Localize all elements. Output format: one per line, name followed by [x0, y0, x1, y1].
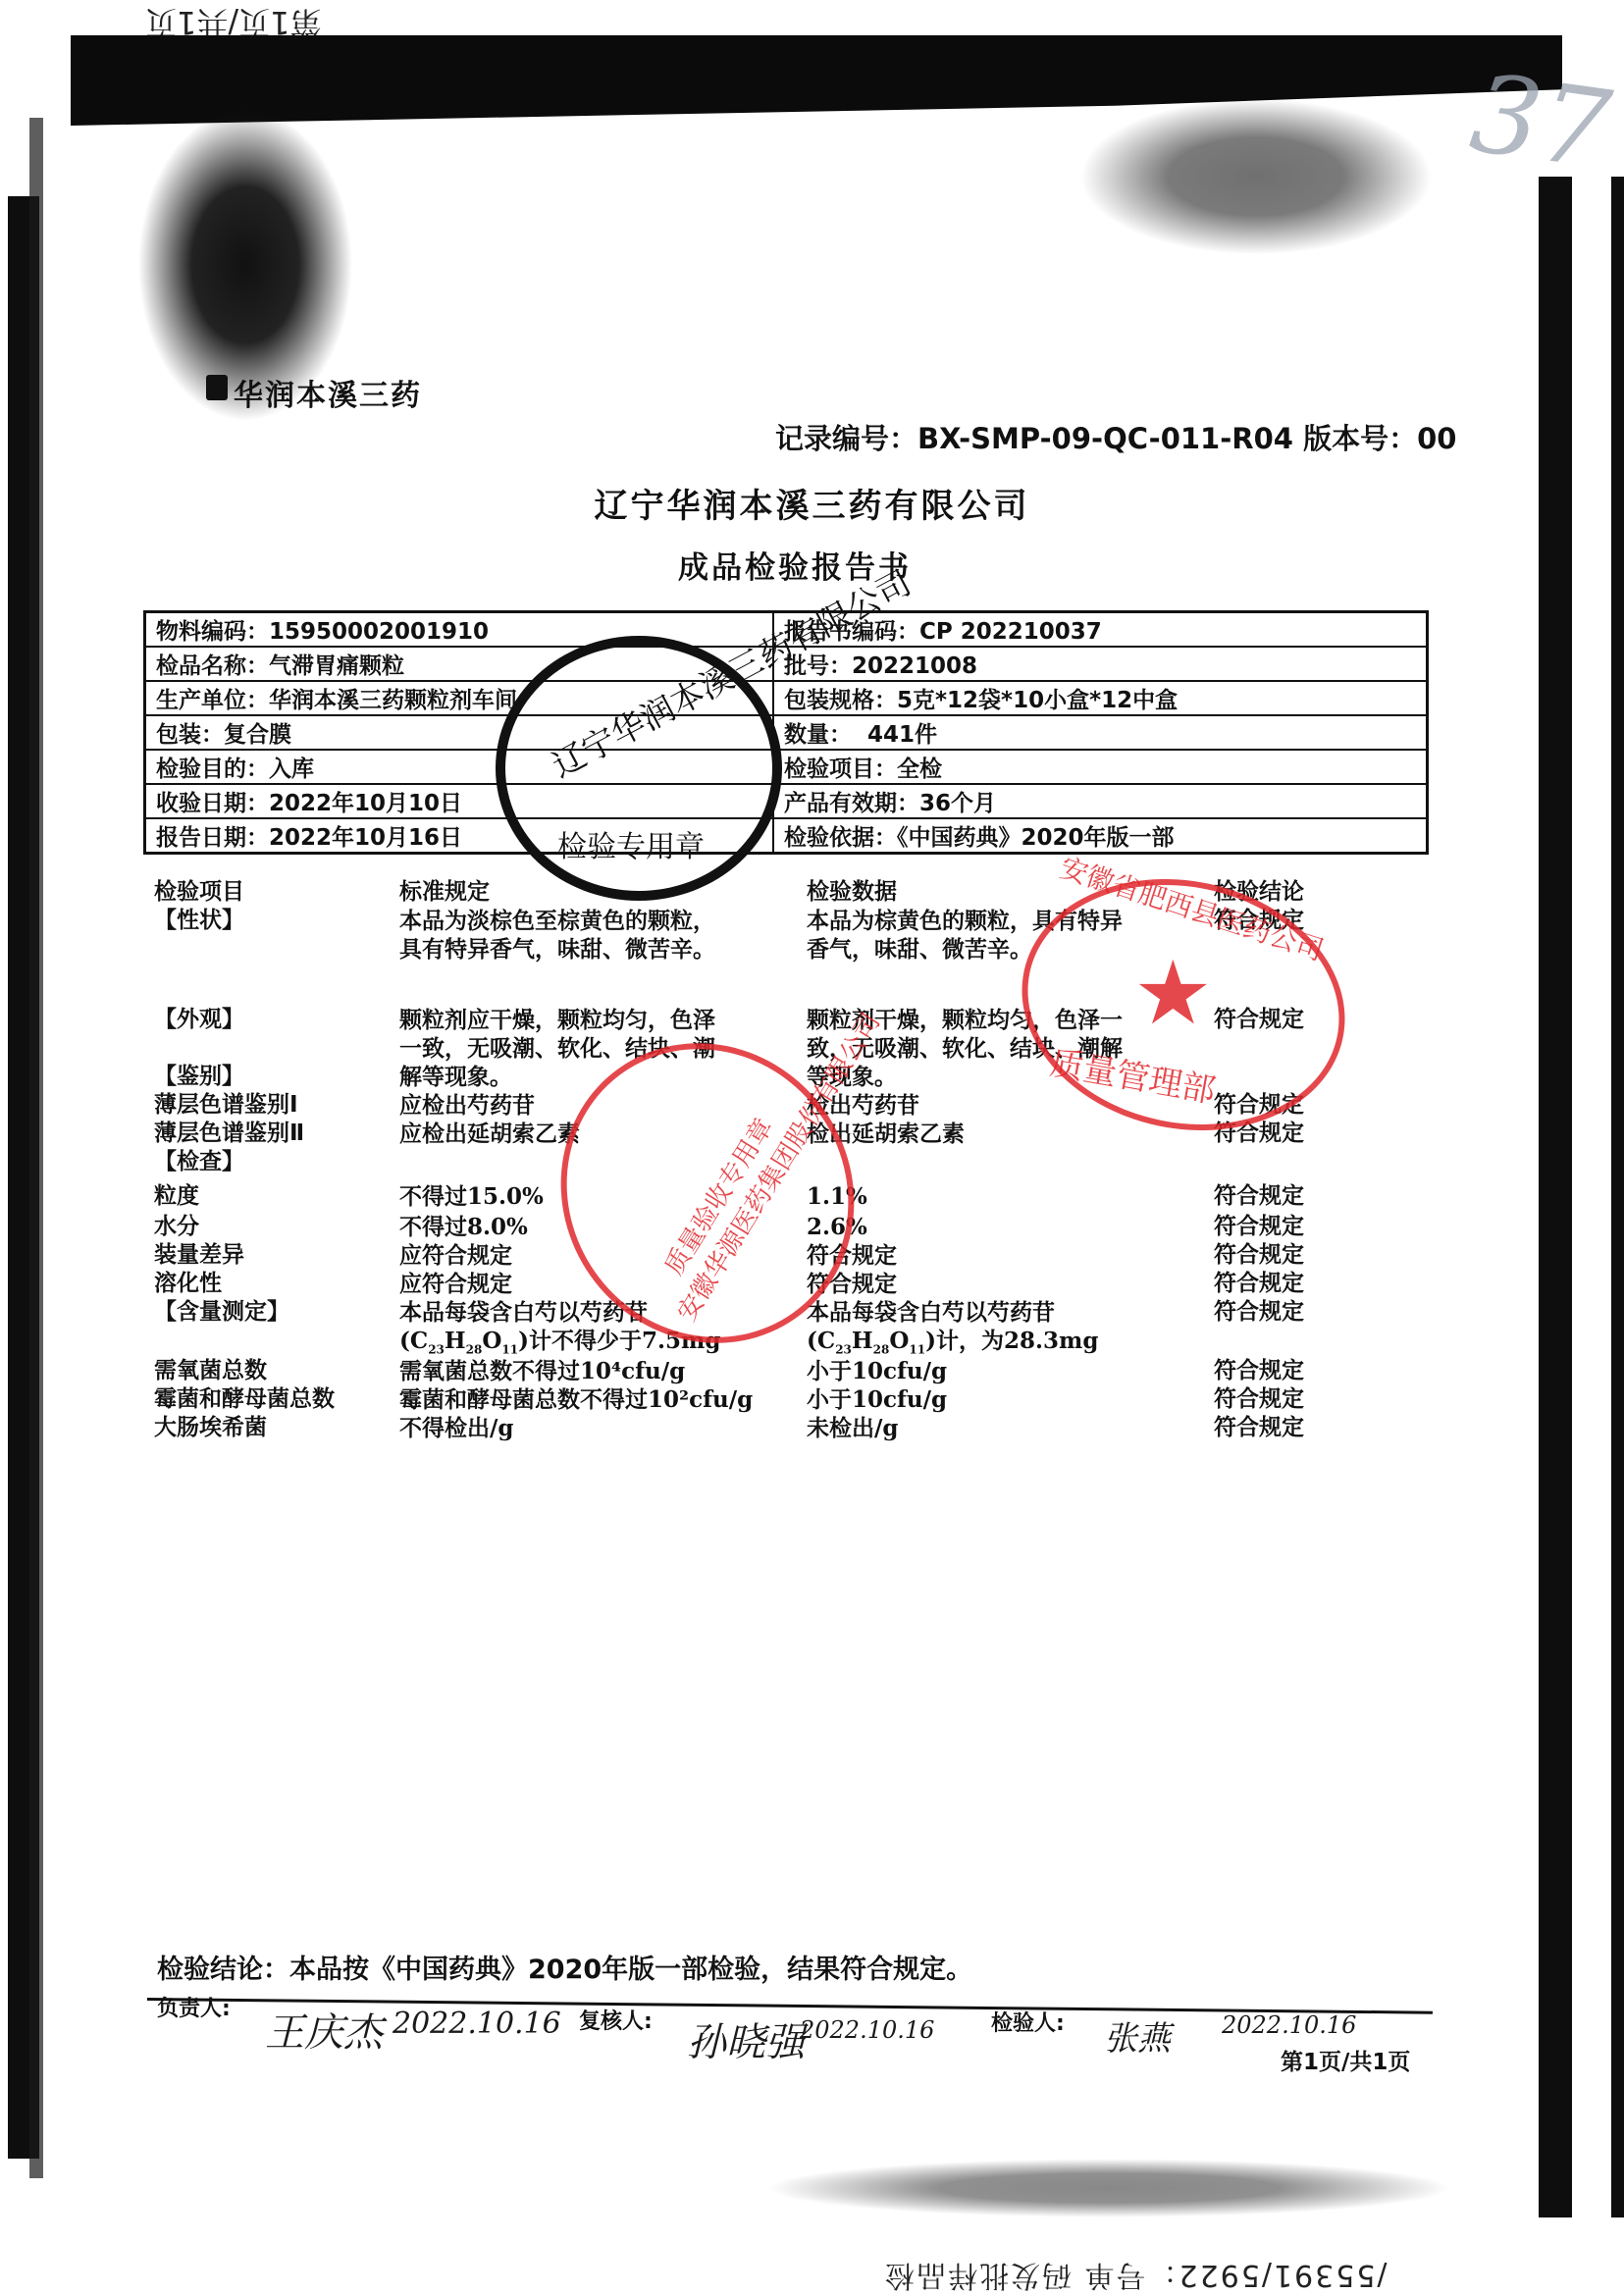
test-item: 需氧菌总数: [154, 1357, 390, 1385]
test-item: 装量差异: [154, 1241, 390, 1270]
info-label: 检品名称: [156, 653, 246, 679]
company-name: 辽宁华润本溪三药有限公司: [0, 479, 1624, 527]
version-value: 00: [1417, 422, 1456, 455]
info-value: CP 202210037: [919, 619, 1102, 645]
reviewer-signature: 孙晓强: [687, 2011, 805, 2067]
test-data: 小于10cfu/g: [807, 1385, 1209, 1414]
standard: 本品为淡棕色至棕黄色的颗粒，具有特异香气，味甜、微苦辛。: [399, 907, 802, 964]
responsible-label: 负责人:: [157, 1992, 231, 2022]
test-result: 符合规定: [1214, 1182, 1381, 1211]
test-result: 符合规定: [1214, 1298, 1381, 1327]
test-item: 薄层色谱鉴别Ⅱ: [154, 1120, 390, 1148]
test-item: 水分: [154, 1213, 390, 1241]
inspector-label: 检验人:: [991, 2007, 1065, 2037]
test-item: 粒度: [154, 1182, 390, 1211]
info-label: 产品有效期: [784, 791, 897, 816]
info-value: 全检: [897, 756, 942, 782]
test-data: 检出延胡索乙素: [807, 1120, 1209, 1148]
info-label: 物料编码: [156, 619, 246, 645]
document-title: 成品检验报告书: [0, 543, 1590, 587]
star-icon: ★: [1133, 942, 1213, 1045]
scan-shadow-left-inner: [29, 118, 43, 2178]
inspector-date: 2022.10.16: [1222, 2011, 1356, 2039]
info-label: 检验项目: [784, 756, 874, 782]
standard: 需氧菌总数不得过10⁴cfu/g: [399, 1357, 802, 1385]
record-number-label: 记录编号：: [775, 422, 917, 455]
info-label: 检验依据: [784, 825, 874, 851]
info-cell-right: 数量： 441件: [773, 715, 1428, 750]
page-number: 第1页/共1页: [1281, 2044, 1410, 2076]
info-value: 5克*12袋*10小盒*12中盒: [897, 688, 1178, 713]
toner-smudge: [1079, 98, 1433, 255]
info-label: 报告日期: [156, 825, 246, 851]
info-value: 2022年10月10日: [269, 791, 462, 816]
test-item: 霉菌和酵母菌总数: [154, 1385, 390, 1414]
test-item: 【外观】: [154, 1006, 390, 1034]
info-value: 华润本溪三药颗粒剂车间: [269, 688, 517, 713]
info-label: 包装规格: [784, 688, 874, 713]
info-cell-right: 检验项目：全检: [773, 750, 1428, 784]
info-value: 气滞胃痛颗粒: [269, 653, 404, 679]
pencil-page-number: 37: [1464, 50, 1617, 193]
version-label: 版本号：: [1303, 422, 1417, 455]
info-row: 检验目的：入库检验项目：全检: [145, 750, 1428, 784]
info-value: 20221008: [852, 653, 977, 679]
test-item: 溶化性: [154, 1270, 390, 1298]
info-value: 入库: [269, 756, 314, 782]
info-cell-right: 批号：20221008: [773, 647, 1428, 681]
info-cell-right: 检验依据：《中国药典》2020年版一部: [773, 818, 1428, 854]
info-value: 441件: [852, 722, 937, 748]
test-item: 【鉴别】: [154, 1063, 390, 1091]
info-value: 2022年10月16日: [269, 825, 462, 851]
info-label: 收验日期: [156, 791, 246, 816]
test-result: 符合规定: [1214, 1385, 1381, 1414]
inspector-signature: 张燕: [1104, 2011, 1171, 2060]
test-result: 符合规定: [1214, 1414, 1381, 1442]
inspection-seal-center: 检验专用章: [557, 822, 705, 865]
info-label: 生产单位: [156, 688, 246, 713]
test-data: 小于10cfu/g: [807, 1357, 1209, 1385]
responsible-signature: 王庆杰: [265, 2002, 383, 2058]
test-result: 符合规定: [1214, 1270, 1381, 1298]
brand-name: 华润本溪三药: [234, 371, 422, 414]
brand-logo-icon: [206, 375, 228, 400]
test-result: 符合规定: [1214, 1241, 1381, 1270]
reviewer-label: 复核人:: [579, 2005, 653, 2035]
info-row: 报告日期：2022年10月16日检验依据：《中国药典》2020年版一部: [145, 818, 1428, 854]
info-value: 15950002001910: [269, 619, 489, 645]
test-item: 【含量测定】: [154, 1298, 390, 1327]
test-data: 未检出/g: [807, 1414, 1209, 1442]
info-label: 检验目的: [156, 756, 246, 782]
results-header-cell: 检验项目: [154, 878, 390, 907]
test-data: 符合规定: [807, 1270, 1209, 1298]
bottom-edge-text: /55391/5922：号单 码发批样品检: [883, 2257, 1388, 2295]
info-label: 包装: [156, 722, 201, 748]
info-row: 收验日期：2022年10月10日产品有效期：36个月: [145, 784, 1428, 818]
responsible-date: 2022.10.16: [393, 2007, 561, 2041]
test-item: 薄层色谱鉴别Ⅰ: [154, 1091, 390, 1120]
test-data: 1.1%: [807, 1182, 1209, 1211]
test-item: 【性状】: [154, 907, 390, 935]
toner-smudge: [765, 2159, 1452, 2217]
info-cell-right: 包装规格：5克*12袋*10小盒*12中盒: [773, 681, 1428, 715]
test-data: 本品每袋含白芍以芍药苷(C23H28O11)计，为28.3mg: [807, 1298, 1209, 1365]
info-row: 包装：复合膜数量： 441件: [145, 715, 1428, 750]
record-number-value: BX-SMP-09-QC-011-R04: [917, 422, 1293, 455]
test-result: 符合规定: [1214, 1357, 1381, 1385]
test-item: 大肠埃希菌: [154, 1414, 390, 1442]
standard: 不得检出/g: [399, 1414, 802, 1442]
info-cell-right: 产品有效期：36个月: [773, 784, 1428, 818]
info-label: 数量: [784, 722, 829, 748]
reviewer-date: 2022.10.16: [800, 2016, 934, 2044]
test-result: 符合规定: [1214, 1213, 1381, 1241]
test-data: 符合规定: [807, 1241, 1209, 1270]
info-value: 36个月: [919, 791, 996, 816]
test-data: 2.6%: [807, 1213, 1209, 1241]
standard: 霉菌和酵母菌总数不得过10²cfu/g: [399, 1385, 802, 1414]
test-item: 【检查】: [154, 1148, 390, 1176]
record-number: 记录编号：BX-SMP-09-QC-011-R04 版本号：00: [775, 417, 1456, 457]
info-value: 《中国药典》2020年版一部: [897, 825, 1175, 851]
info-row: 生产单位：华润本溪三药颗粒剂车间包装规格：5克*12袋*10小盒*12中盒: [145, 681, 1428, 715]
conclusion: 检验结论：本品按《中国药典》2020年版一部检验，结果符合规定。: [157, 1948, 972, 1986]
info-value: 复合膜: [224, 722, 291, 748]
